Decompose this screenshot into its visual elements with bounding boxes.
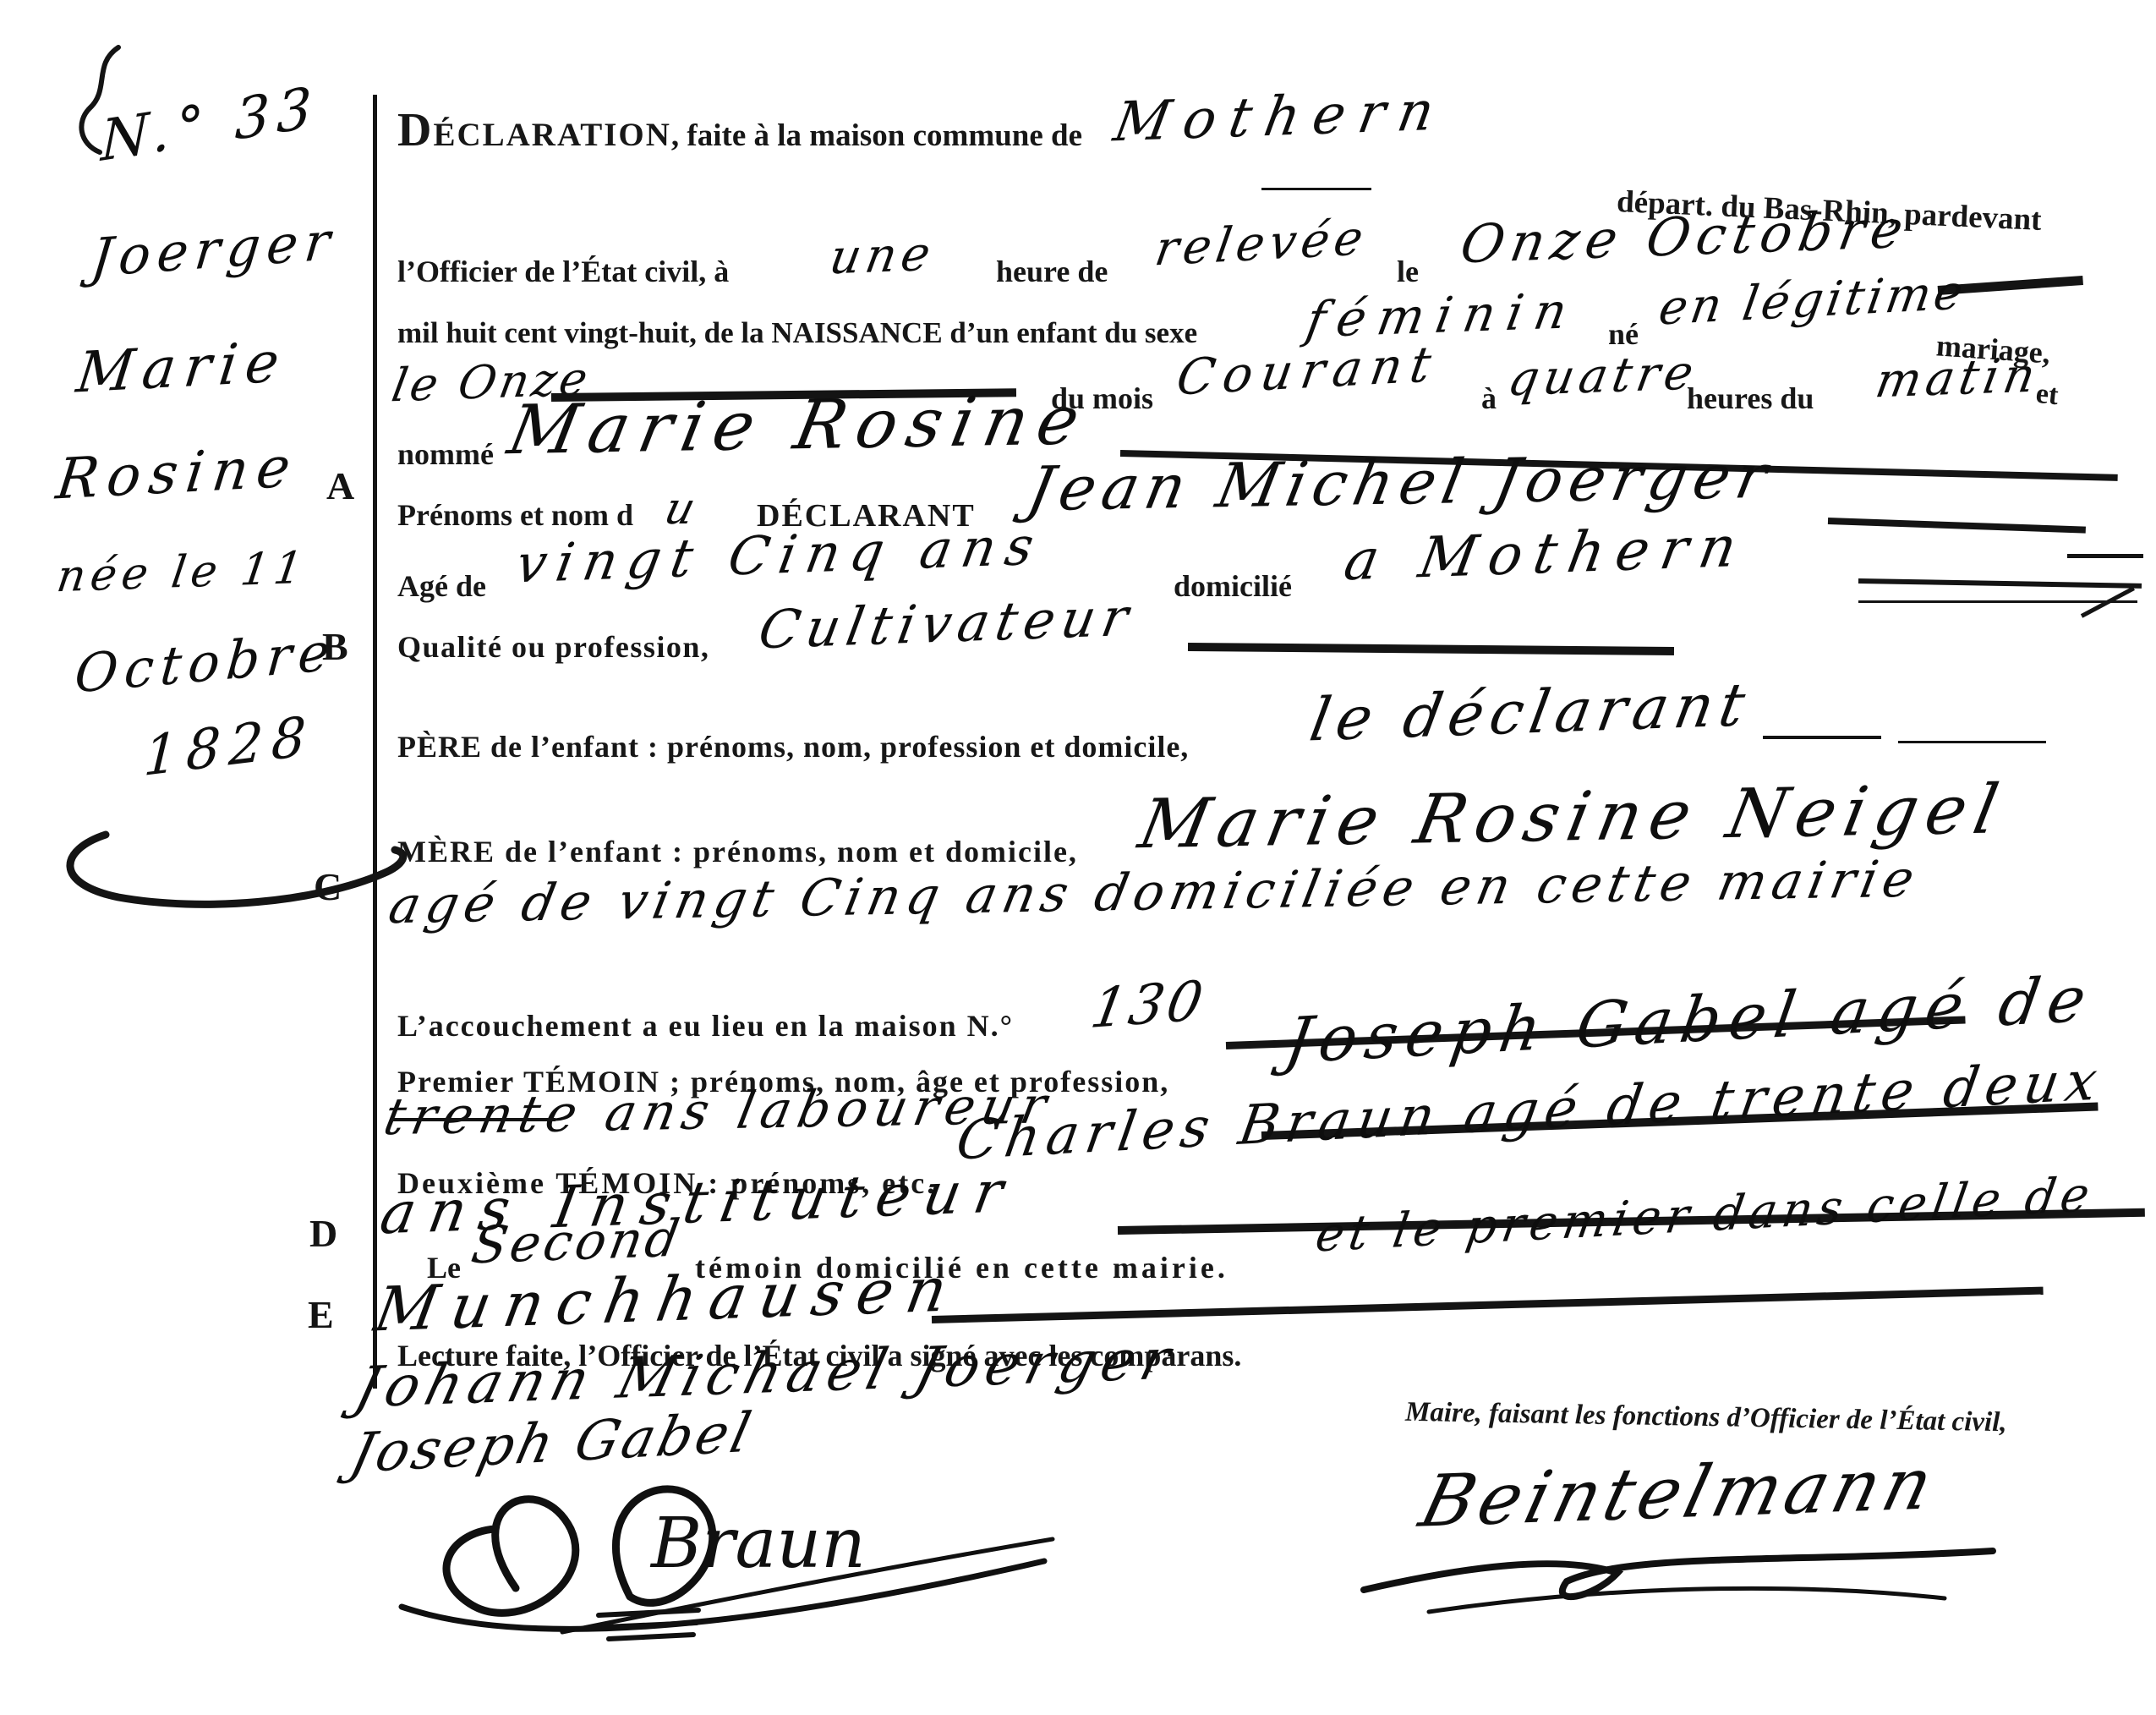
handwritten-month: Courant [1173,335,1443,407]
margin-letter-e: E [308,1292,334,1337]
printed-mere-caption: MÈRE de l’enfant : prénoms, nom et domic… [397,834,1078,869]
printed-heure-de: heure de [996,254,1108,289]
handwritten-legitime: en légitime [1655,265,1970,337]
printed-nomme: nommé [397,436,494,472]
printed-accouchement: L’accouchement a eu lieu en la maison N.… [397,1008,1014,1044]
handwritten-house-number: 130 [1086,970,1211,1041]
handwritten-commune: Mothern [1109,79,1453,154]
margin-birth-date-2: Octobre [73,620,339,705]
handwritten-profession: Cultivateur [754,586,1140,661]
printed-qualite-profession: Qualité ou profession, [397,629,709,665]
signature-witness2: Braun [649,1504,866,1584]
signature-officer: Beintelmann [1412,1442,1945,1543]
handwritten-declarant-domicile: a Mothern [1339,513,1753,593]
printed-a: à [1481,381,1497,416]
handwritten-first-witness-domicile: et le premier dans celle de [1312,1167,2099,1263]
printed-year-naissance: mil huit cent vingt-huit, de la NAISSANC… [397,316,1197,350]
officer-signature-flourish [1349,1537,2025,1630]
printed-declaration-word: Déclaration [397,104,671,156]
handwritten-witness1-age-profession: trente ans laboureur [379,1076,1058,1147]
form-line-declaration: Déclaration, faite à la maison commune d… [397,103,1082,157]
margin-surname: Joerger [88,210,340,289]
fill-rule-line [2067,554,2143,558]
handwritten-declarant-name: Jean Michel Joerger [1022,441,1780,525]
fill-rule-line [1858,600,2137,603]
fill-rule-line [391,1118,555,1121]
fill-rule-line [1858,578,2142,589]
handwritten-hour: une [825,227,939,286]
fill-rule-line [1261,188,1371,190]
printed-et: et [2034,378,2060,413]
fill-rule-line [1188,643,1674,655]
margin-given-name-1: Marie [73,329,291,406]
margin-letter-a: A [326,463,354,508]
printed-officer-caption: Maire, faisant les fonctions d’Officier … [1405,1397,2007,1438]
printed-le: le [1397,254,1419,289]
printed-age-de: Agé de [397,568,486,604]
handwritten-matin: matin [1871,348,2044,408]
margin-letter-b: B [322,624,348,669]
fill-rule-line [1828,518,2086,534]
printed-domicilie: domicilié [1174,568,1292,604]
handwritten-birth-hour: quatre [1503,345,1702,407]
handwritten-relevee: relevée [1152,211,1372,277]
margin-letter-d: D [309,1211,337,1256]
fill-rule-line [1763,736,1881,739]
witness2-signature-flourish: Braun [389,1461,1065,1639]
margin-birth-date-1: née le 11 [54,543,311,603]
margin-birth-year: 1828 [142,704,315,789]
margin-letter-c: C [314,864,342,909]
printed-pere-caption: PÈRE de l’enfant : prénoms, nom, profess… [397,729,1189,764]
fill-rule-line [1898,741,2046,743]
margin-flourish [47,816,402,926]
handwritten-declaration-date: Onze Octobre [1456,198,1914,276]
printed-ne: né [1608,316,1639,352]
printed-declaration-rest: , faite à la maison commune de [671,118,1082,153]
printed-officer-hour: l’Officier de l’État civil, à [397,254,729,289]
handwritten-child-name: Marie Rosine [502,381,1096,469]
fill-rule-line [932,1287,2044,1323]
margin-given-name-2: Rosine [52,434,302,512]
margin-vertical-rule [373,95,377,1389]
printed-prenoms-declarant: Prénoms et nom d [397,497,633,533]
birth-declaration-scan: N.° 33 Joerger Marie Rosine née le 11 Oc… [0,0,2156,1715]
handwritten-father: le déclarant [1305,670,1756,755]
printed-heures-du: heures du [1687,381,1814,416]
